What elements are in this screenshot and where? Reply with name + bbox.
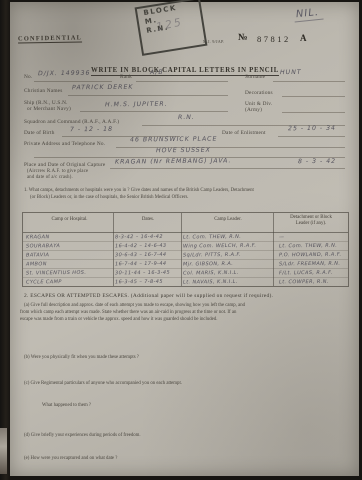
cell-leader: Mjr. GIBSON, R.A. bbox=[183, 261, 273, 268]
date-of-birth-label: Date of Birth bbox=[24, 130, 55, 136]
christian-names-value: PATRICK DEREK bbox=[72, 84, 133, 92]
cell-camp: KRAGAN bbox=[26, 234, 113, 241]
numero-symbol: № bbox=[238, 33, 248, 43]
photo-background: CONFIDENTIAL BLOCK M. R.N. 125 NIL. M.I.… bbox=[0, 0, 362, 480]
cell-block-leader: P.O. HOWLAND, R.A.F. bbox=[275, 252, 349, 259]
serial-suffix: A bbox=[300, 33, 307, 43]
question1-line1: 1. What camps, detachments or hospitals … bbox=[24, 188, 349, 194]
squadron-label: Squadron and Command (R.A.F., A.A.F.) bbox=[24, 119, 119, 125]
cell-leader: Lt. NAVAIS, K.N.I.L. bbox=[183, 279, 273, 286]
serial-number: 87812 bbox=[257, 34, 291, 44]
table-row: CYCLE CAMP 16-3-45 – 7-8-45 Lt. NAVAIS, … bbox=[23, 279, 348, 288]
cell-block-leader: — bbox=[275, 234, 349, 241]
cell-camp: AMBON bbox=[26, 261, 113, 268]
table-row: KRAGAN 8-3-42 – 16-4-42 Lt. Com. THEW, R… bbox=[23, 234, 348, 243]
mi9-label: M.I. 9/JAP. bbox=[203, 39, 224, 44]
table-header-block-leader-line2: Leader (if any). bbox=[275, 221, 347, 227]
capture-label-line2: (Aircrew R.A.F. to give place bbox=[27, 169, 88, 174]
cell-camp: BATAVIA bbox=[26, 252, 113, 259]
question2c: (c) Give Regimental particulars of anyon… bbox=[24, 381, 182, 387]
cell-dates: 16-4-42 – 14-6-43 bbox=[115, 243, 181, 250]
cell-dates: 30-6-43 – 16-7-44 bbox=[115, 252, 181, 259]
paper-edge-sliver bbox=[0, 428, 7, 474]
no-label: No. bbox=[24, 74, 32, 80]
question2a-line1: (a) Give full description and approx. da… bbox=[24, 303, 352, 309]
table-header-dates: Dates. bbox=[115, 217, 181, 223]
surname-value: HUNT bbox=[280, 69, 302, 76]
capture-label-line3: and date of a/c crash). bbox=[27, 175, 73, 180]
ship-label-line2: or Merchant Navy) bbox=[27, 106, 71, 112]
date-of-birth-value: 7 - 12 - 18 bbox=[70, 126, 113, 133]
table-header-camp: Camp or Hospital. bbox=[26, 217, 113, 223]
cell-leader: Wing Com. WELCH, R.A.F. bbox=[183, 243, 273, 250]
capture-date-value: 8 - 3 - 42 bbox=[298, 158, 336, 165]
question2c-followup: What happened to them ? bbox=[42, 403, 91, 409]
question2a-line3: escape was made from a train or vehicle … bbox=[20, 317, 350, 323]
address-value-line1: 46 BRUNSWICK PLACE bbox=[130, 136, 217, 144]
question2e: (e) How were you recaptured and on what … bbox=[24, 456, 117, 462]
question2d: (d) Give briefly your experiences during… bbox=[24, 433, 141, 439]
cell-leader: Lt. Com. THEW, R.N. bbox=[183, 234, 273, 241]
table-header-camp-leader: Camp Leader. bbox=[183, 217, 273, 223]
cell-block-leader: Lt. Com. THEW, R.N. bbox=[275, 243, 349, 250]
rank-label: Rank bbox=[120, 74, 132, 80]
question2b: (b) Were you physically fit when you mad… bbox=[24, 355, 139, 361]
cell-dates: 16-3-45 – 7-8-45 bbox=[115, 279, 181, 286]
cell-dates: 16-7-44 – 17-9-44 bbox=[115, 261, 181, 268]
rank-value: A/B bbox=[150, 69, 164, 76]
table-header-block-leader-line1: Detachment or Block bbox=[275, 215, 347, 221]
cell-camp: CYCLE CAMP bbox=[26, 279, 113, 286]
camp-table: Camp or Hospital. Dates. Camp Leader. De… bbox=[22, 212, 349, 287]
squadron-value: R.N. bbox=[178, 114, 195, 121]
question2a-line2: from which camp each attempt was made. S… bbox=[20, 310, 354, 316]
surname-label: Surname bbox=[245, 74, 265, 80]
pow-liberation-questionnaire: CONFIDENTIAL BLOCK M. R.N. 125 NIL. M.I.… bbox=[10, 2, 359, 476]
confidential-marking: CONFIDENTIAL bbox=[18, 34, 82, 43]
decorations-label: Decorations bbox=[245, 90, 273, 96]
no-value: D/JX. 149936 bbox=[38, 70, 91, 78]
address-value-line2: HOVE SUSSEX bbox=[156, 147, 211, 155]
cell-leader: Sq/Ldr. PITTS, R.A.F. bbox=[183, 252, 273, 259]
cell-dates: 8-3-42 – 16-4-42 bbox=[115, 234, 181, 241]
table-row: BATAVIA 30-6-43 – 16-7-44 Sq/Ldr. PITTS,… bbox=[23, 252, 348, 261]
table-row: St. VINCENTIUS HOS. 30-11-44 – 16-3-45 C… bbox=[23, 270, 348, 279]
christian-names-label: Christian Names bbox=[24, 88, 62, 94]
ship-value: H.M.S. JUPITER. bbox=[105, 101, 168, 109]
cell-leader: Col. MARIS, K.N.I.L. bbox=[183, 270, 273, 277]
cell-block-leader: F/Lt. LUCAS, R.A.F. bbox=[275, 270, 349, 277]
cell-camp: St. VINCENTIUS HOS. bbox=[26, 270, 113, 277]
question2-heading: 2. ESCAPES OR ATTEMPTED ESCAPES. (Additi… bbox=[24, 293, 354, 299]
date-of-enlistment-label: Date of Enlistment bbox=[222, 130, 266, 136]
capture-place-value: KRAGAN (Nr REMBANG) JAVA. bbox=[115, 157, 232, 165]
cell-block-leader: Lt. COWPER, R.N. bbox=[275, 279, 349, 286]
address-label: Private Address and Telephone No. bbox=[24, 141, 105, 147]
form-title-wrap: WRITE IN BLOCK CAPITAL LETTERS IN PENCIL bbox=[65, 59, 305, 77]
cell-dates: 30-11-44 – 16-3-45 bbox=[115, 270, 181, 277]
unit-div-label-line2: (Army) bbox=[245, 107, 262, 113]
capture-label-line1: Place and Date of Original Capture bbox=[24, 162, 105, 168]
cell-camp: SOURABAYA bbox=[26, 243, 113, 250]
question1-line2: (or Block) Leaders or, in the case of ho… bbox=[30, 195, 350, 201]
nil-handwritten-note: NIL. bbox=[293, 7, 323, 23]
table-row: AMBON 16-7-44 – 17-9-44 Mjr. GIBSON, R.A… bbox=[23, 261, 348, 270]
cell-block-leader: S/Ldr. FREEMAN, R.N. bbox=[275, 261, 349, 268]
date-of-enlistment-value: 25 - 10 - 34 bbox=[288, 125, 336, 133]
table-row: SOURABAYA 16-4-42 – 14-6-43 Wing Com. WE… bbox=[23, 243, 348, 252]
